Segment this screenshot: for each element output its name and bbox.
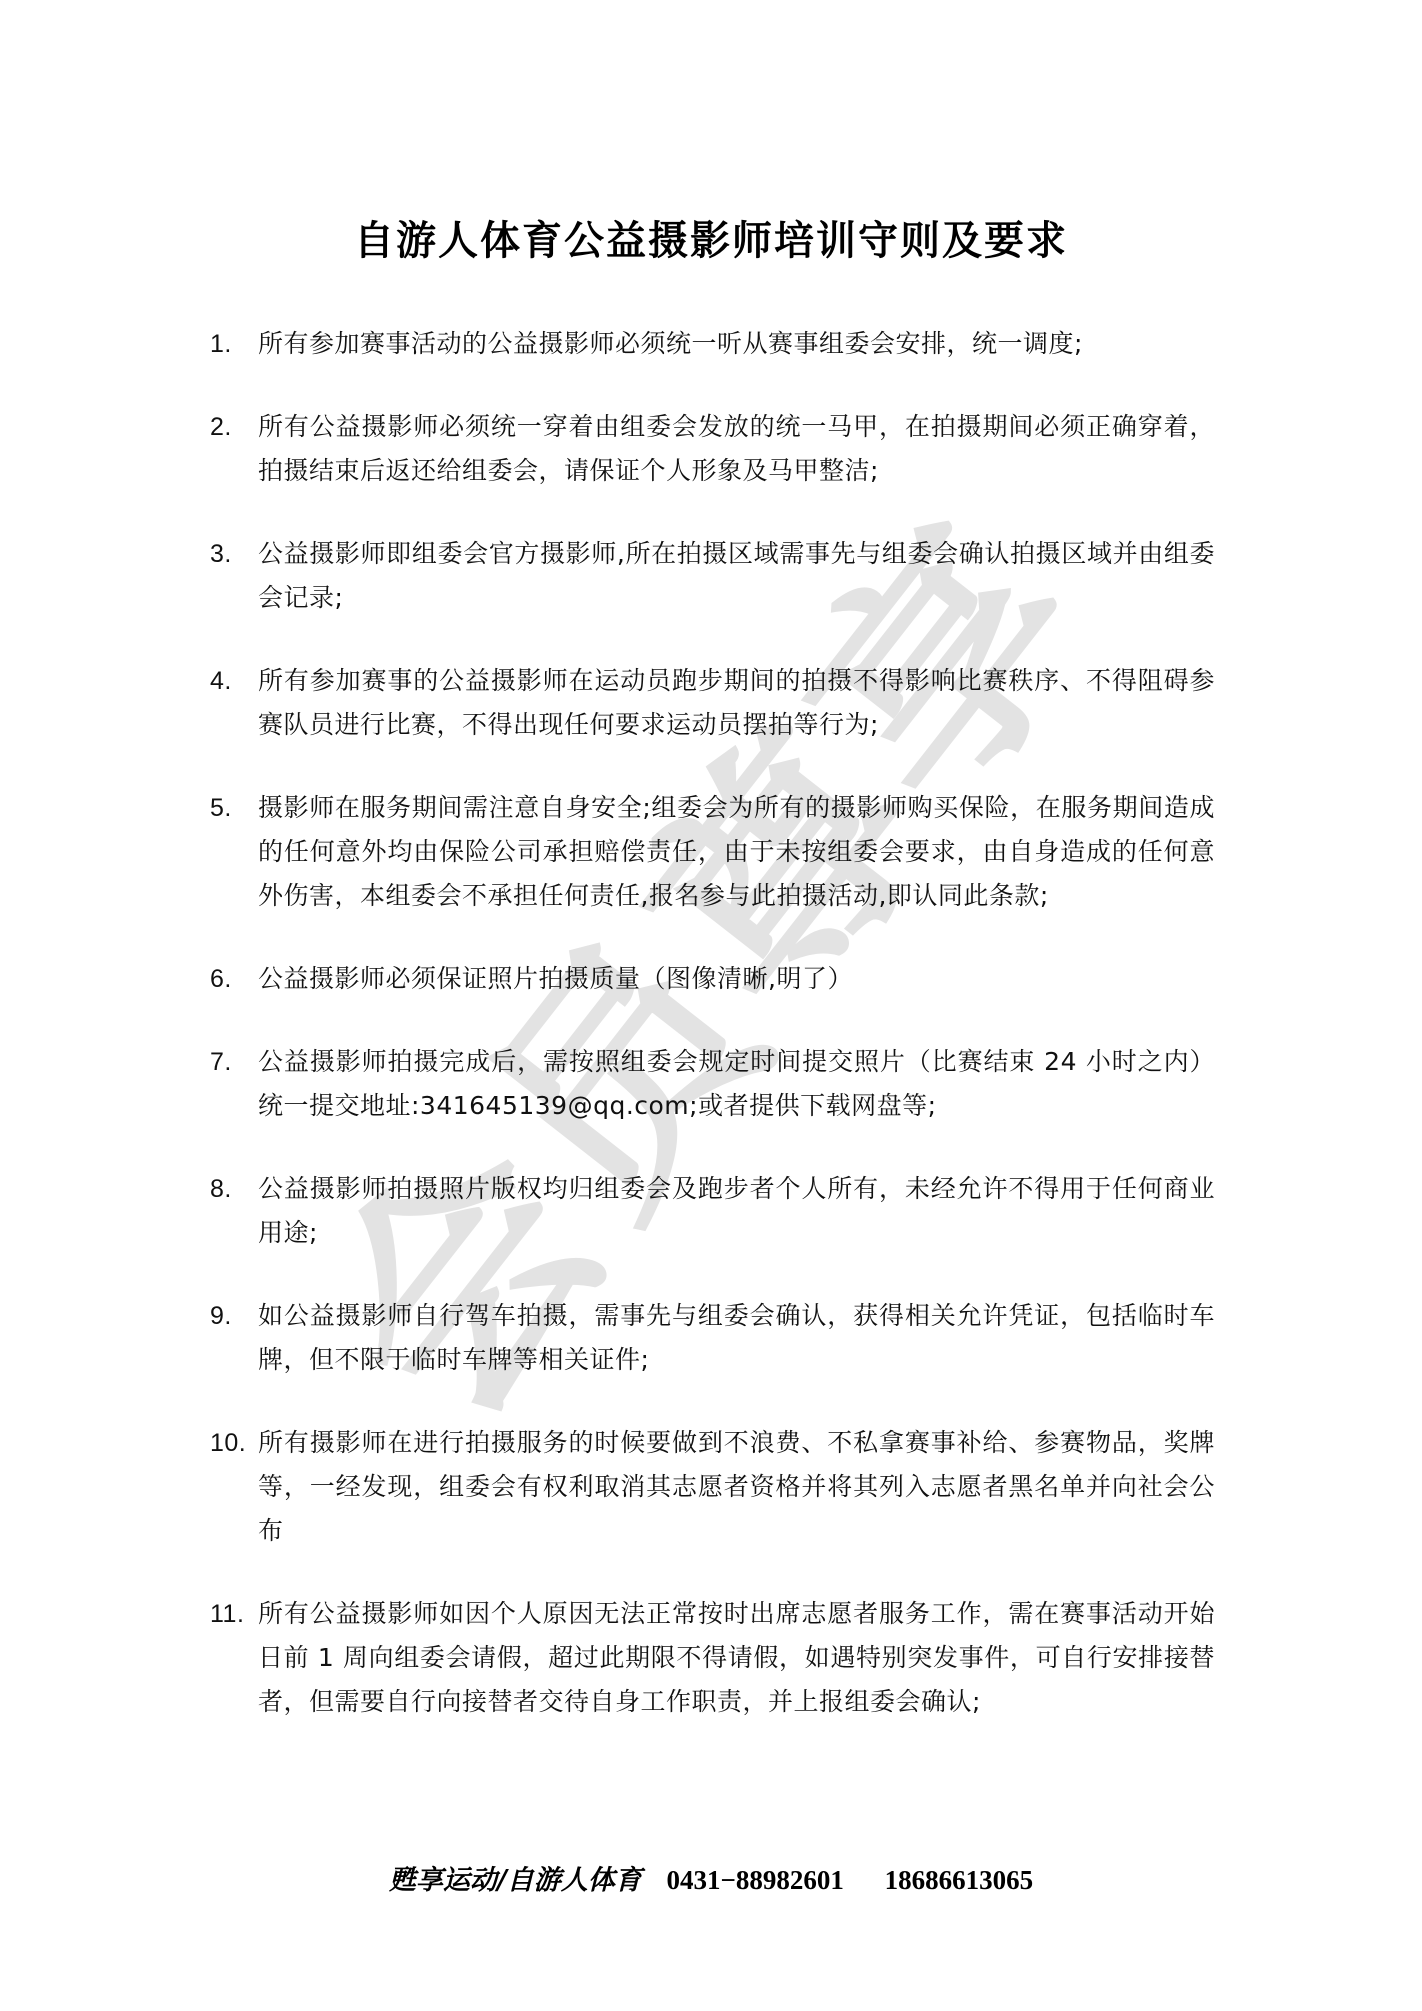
rules-list: 1. 所有参加赛事活动的公益摄影师必须统一听从赛事组委会安排，统一调度; 2. … <box>210 322 1215 1763</box>
footer-contact: 甦享运动/自游人体育 0431−88982601 18686613065 <box>0 1858 1422 1897</box>
footer-brand: 甦享运动/自游人体育 <box>389 1865 642 1896</box>
footer-mobile: 18686613065 <box>885 1865 1034 1895</box>
rule-text: 所有参加赛事活动的公益摄影师必须统一听从赛事组委会安排，统一调度; <box>258 322 1215 366</box>
rule-number: 8. <box>210 1167 232 1211</box>
rule-item: 8. 公益摄影师拍摄照片版权均归组委会及跑步者个人所有，未经允许不得用于任何商业… <box>210 1167 1215 1255</box>
footer-phone: 0431−88982601 <box>666 1865 843 1895</box>
rule-number: 6. <box>210 957 232 1001</box>
rule-item: 1. 所有参加赛事活动的公益摄影师必须统一听从赛事组委会安排，统一调度; <box>210 322 1215 366</box>
rule-number: 9. <box>210 1294 232 1338</box>
rule-text: 公益摄影师拍摄完成后，需按照组委会规定时间提交照片（比赛结束 24 小时之内）统… <box>258 1040 1215 1128</box>
rule-text: 所有公益摄影师如因个人原因无法正常按时出席志愿者服务工作，需在赛事活动开始日前 … <box>258 1592 1215 1724</box>
rule-item: 3. 公益摄影师即组委会官方摄影师,所在拍摄区域需事先与组委会确认拍摄区域并由组… <box>210 532 1215 620</box>
rule-item: 9. 如公益摄影师自行驾车拍摄，需事先与组委会确认，获得相关允许凭证，包括临时车… <box>210 1294 1215 1382</box>
rule-item: 7. 公益摄影师拍摄完成后，需按照组委会规定时间提交照片（比赛结束 24 小时之… <box>210 1040 1215 1128</box>
rule-number: 3. <box>210 532 232 576</box>
rule-number: 1. <box>210 322 232 366</box>
rule-item: 4. 所有参加赛事的公益摄影师在运动员跑步期间的拍摄不得影响比赛秩序、不得阻碍参… <box>210 659 1215 747</box>
rule-item: 10. 所有摄影师在进行拍摄服务的时候要做到不浪费、不私拿赛事补给、参赛物品，奖… <box>210 1421 1215 1553</box>
rule-number: 5. <box>210 786 232 830</box>
rule-text: 摄影师在服务期间需注意自身安全;组委会为所有的摄影师购买保险，在服务期间造成的任… <box>258 786 1215 918</box>
rule-text: 所有参加赛事的公益摄影师在运动员跑步期间的拍摄不得影响比赛秩序、不得阻碍参赛队员… <box>258 659 1215 747</box>
rule-item: 11. 所有公益摄影师如因个人原因无法正常按时出席志愿者服务工作，需在赛事活动开… <box>210 1592 1215 1724</box>
rule-item: 6. 公益摄影师必须保证照片拍摄质量（图像清晰,明了） <box>210 957 1215 1001</box>
rule-number: 4. <box>210 659 232 703</box>
rule-text: 公益摄影师拍摄照片版权均归组委会及跑步者个人所有，未经允许不得用于任何商业用途; <box>258 1167 1215 1255</box>
rule-number: 10. <box>210 1421 246 1465</box>
rule-number: 11. <box>210 1592 244 1636</box>
rule-text: 如公益摄影师自行驾车拍摄，需事先与组委会确认，获得相关允许凭证，包括临时车牌，但… <box>258 1294 1215 1382</box>
rule-item: 2. 所有公益摄影师必须统一穿着由组委会发放的统一马甲，在拍摄期间必须正确穿着，… <box>210 405 1215 493</box>
rule-text: 所有摄影师在进行拍摄服务的时候要做到不浪费、不私拿赛事补给、参赛物品，奖牌等，一… <box>258 1421 1215 1553</box>
rule-item: 5. 摄影师在服务期间需注意自身安全;组委会为所有的摄影师购买保险，在服务期间造… <box>210 786 1215 918</box>
rule-text: 所有公益摄影师必须统一穿着由组委会发放的统一马甲，在拍摄期间必须正确穿着，拍摄结… <box>258 405 1215 493</box>
document-title: 自游人体育公益摄影师培训守则及要求 <box>0 209 1422 266</box>
rule-number: 7. <box>210 1040 232 1084</box>
document-page: 会员尊享 自游人体育公益摄影师培训守则及要求 1. 所有参加赛事活动的公益摄影师… <box>0 0 1422 2011</box>
rule-text: 公益摄影师必须保证照片拍摄质量（图像清晰,明了） <box>258 957 1215 1001</box>
rule-number: 2. <box>210 405 232 449</box>
rule-text: 公益摄影师即组委会官方摄影师,所在拍摄区域需事先与组委会确认拍摄区域并由组委会记… <box>258 532 1215 620</box>
